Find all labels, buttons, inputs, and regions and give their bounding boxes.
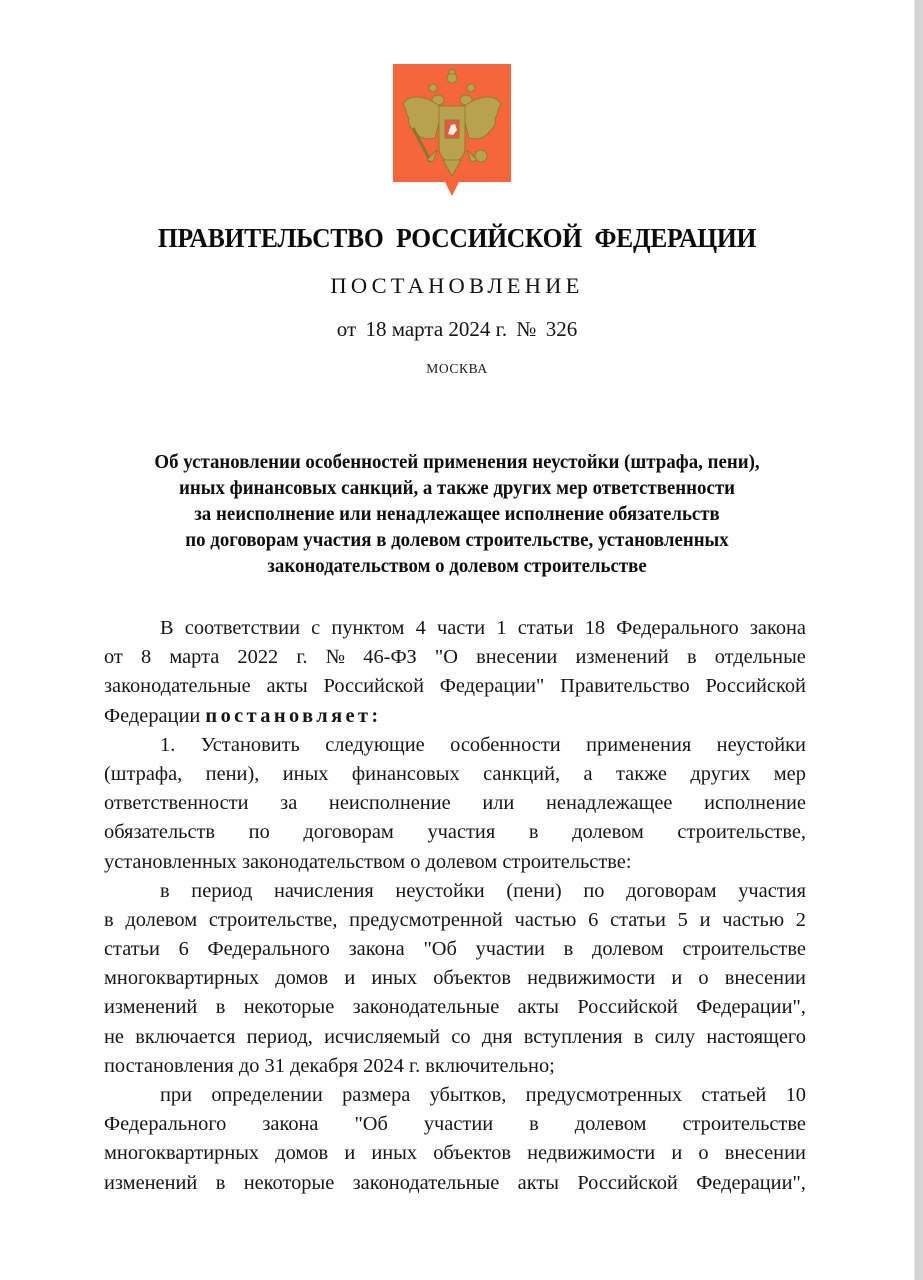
word: Правительство: [560, 672, 690, 701]
word: Федерального: [104, 1110, 226, 1139]
word: иных: [371, 964, 417, 993]
word: по: [249, 818, 270, 847]
word: 6: [179, 935, 189, 964]
word: участия: [738, 877, 806, 906]
word: недвижимости: [527, 964, 655, 993]
word: 6: [588, 906, 598, 935]
word: договорам: [303, 818, 393, 847]
preamble-line: Федерации постановляет:: [104, 702, 806, 731]
word: долевом: [125, 906, 197, 935]
subject-line: Об установлении особенностей применения …: [88, 449, 826, 475]
clause-line: обязательствподоговорамучастиявдолевомст…: [104, 818, 806, 847]
word: и: [344, 964, 355, 993]
word: изменений: [104, 993, 197, 1022]
subject-line: по договорам участия в долевом строитель…: [88, 527, 826, 553]
word: со: [451, 1023, 470, 1052]
word: (пени): [506, 877, 561, 906]
word: долевом: [572, 818, 644, 847]
word: строительстве,: [677, 818, 806, 847]
word: 46-ФЗ: [363, 643, 417, 672]
item-line: многоквартирныхдомовииныхобъектовнедвижи…: [104, 964, 806, 993]
word: В: [160, 614, 174, 643]
preamble-prefix: Федерации: [104, 702, 200, 731]
item-line: измененийвнекоторыезаконодательныеактыРо…: [104, 1169, 806, 1198]
issuing-authority: ПРАВИТЕЛЬСТВО РОССИЙСКОЙ ФЕДЕРАЦИИ: [32, 222, 882, 254]
word: при: [160, 1081, 192, 1110]
preamble-line: Всоответствииспунктом4части1статьи18Феде…: [104, 614, 806, 643]
word: 18: [585, 614, 605, 643]
word: объектов: [433, 1139, 511, 1168]
word: в: [687, 643, 697, 672]
word: применения: [586, 731, 691, 760]
word: многоквартирных: [104, 964, 259, 993]
word: дня: [482, 1023, 513, 1052]
word: части: [437, 614, 485, 643]
word: не: [104, 1023, 124, 1052]
decree-word: постановляет:: [205, 702, 381, 731]
item-line: невключаетсяпериод,исчисляемыйсоднявступ…: [104, 1023, 806, 1052]
word: недвижимости: [527, 1139, 655, 1168]
word: 2022: [237, 643, 278, 672]
word: в: [104, 906, 114, 935]
word: законодательные: [353, 993, 500, 1022]
word: Федерального: [616, 614, 738, 643]
clause-line: 1.Установитьследующиеособенностиприменен…: [104, 731, 806, 760]
word: частью: [722, 906, 784, 935]
word: предусмотренной: [349, 906, 503, 935]
item-line: статьи6Федеральногозакона"Обучастиивдоле…: [104, 935, 806, 964]
word: в: [564, 935, 574, 964]
word: и: [671, 1139, 682, 1168]
word: по: [583, 877, 604, 906]
word: участии: [476, 935, 545, 964]
word: в: [529, 818, 539, 847]
word: (штрафа,: [104, 760, 182, 789]
word: и: [671, 964, 682, 993]
word: других: [690, 760, 750, 789]
word: Российской: [705, 672, 806, 701]
clause-line: установленных законодательством о долево…: [104, 848, 806, 877]
word: статьи: [518, 614, 574, 643]
word: статьи: [104, 935, 160, 964]
word: период,: [247, 1023, 313, 1052]
preamble-line: законодательныеактыРоссийскойФедерации"П…: [104, 672, 806, 701]
word: также: [616, 760, 667, 789]
word: в: [529, 1110, 539, 1139]
word: в: [634, 1023, 644, 1052]
page-edge-scrollbar: [914, 0, 923, 1280]
document-page: ПРАВИТЕЛЬСТВО РОССИЙСКОЙ ФЕДЕРАЦИИ ПОСТА…: [0, 0, 914, 1280]
word: 1: [496, 614, 506, 643]
subject-line: иных финансовых санкций, а также других …: [88, 475, 826, 501]
document-number: 326: [546, 317, 578, 341]
word: акты: [518, 993, 559, 1022]
word: закона: [262, 1110, 318, 1139]
document-date: 18 марта 2024 г.: [365, 317, 507, 341]
word: неустойки: [717, 731, 806, 760]
word: ненадлежащее: [546, 789, 672, 818]
word: с: [311, 614, 320, 643]
word: изменений: [575, 643, 668, 672]
word: финансовых: [352, 760, 460, 789]
word: предусмотренных: [526, 1081, 682, 1110]
word: Российской: [577, 993, 678, 1022]
word: договорам: [626, 877, 716, 906]
word: некоторые: [244, 993, 335, 1022]
word: г.: [296, 643, 307, 672]
word: особенности: [450, 731, 561, 760]
clause-line: ответственностизанеисполнениеилиненадлеж…: [104, 789, 806, 818]
coat-of-arms-icon: [393, 64, 511, 196]
word: частью: [515, 906, 577, 935]
word: марта: [169, 643, 219, 672]
word: о: [698, 1139, 708, 1168]
word: размера: [342, 1081, 410, 1110]
document-subject: Об установлении особенностей применения …: [88, 449, 826, 579]
item-line: впериодначислениянеустойки(пени)подогово…: [104, 877, 806, 906]
item-line: Федеральногозакона"Обучастиивдолевомстро…: [104, 1110, 806, 1139]
word: неисполнение: [329, 789, 451, 818]
word: законодательные: [353, 1169, 500, 1198]
word: участия: [427, 818, 495, 847]
word: начисления: [274, 877, 374, 906]
word: домов: [275, 964, 328, 993]
word: закона: [349, 935, 405, 964]
word: 4: [416, 614, 426, 643]
word: изменений: [104, 1169, 197, 1198]
word: Федерального: [208, 935, 330, 964]
word: а: [584, 760, 593, 789]
document-date-number: от 18 марта 2024 г. № 326: [0, 317, 914, 342]
word: и: [344, 1139, 355, 1168]
word: акты: [266, 672, 307, 701]
word: иных: [283, 760, 329, 789]
document-city: МОСКВА: [0, 361, 914, 377]
word: законодательные: [104, 672, 251, 701]
word: от: [104, 643, 123, 672]
word: многоквартирных: [104, 1139, 259, 1168]
word: объектов: [433, 964, 511, 993]
word: исполнение: [704, 789, 806, 818]
word: внесении: [476, 643, 557, 672]
item-line: многоквартирныхдомовииныхобъектовнедвижи…: [104, 1139, 806, 1168]
document-type: ПОСТАНОВЛЕНИЕ: [0, 273, 914, 299]
word: №: [326, 643, 345, 672]
word: в: [216, 993, 226, 1022]
word: силу: [655, 1023, 695, 1052]
word: акты: [518, 1169, 559, 1198]
word: исчисляемый: [324, 1023, 440, 1052]
number-sign: №: [516, 317, 536, 341]
word: о: [698, 964, 708, 993]
word: Федерации",: [696, 1169, 806, 1198]
word: статьи: [610, 906, 666, 935]
word: вступления: [524, 1023, 623, 1052]
word: статьей: [701, 1081, 766, 1110]
word: "Об: [423, 935, 456, 964]
word: неустойки: [395, 877, 484, 906]
item-line: приопределенииразмераубытков,предусмотре…: [104, 1081, 806, 1110]
item-line: измененийвнекоторыезаконодательныеактыРо…: [104, 993, 806, 1022]
word: домов: [275, 1139, 328, 1168]
word: долевом: [592, 935, 664, 964]
word: обязательств: [104, 818, 215, 847]
word: Федерации",: [696, 993, 806, 1022]
word: "О: [435, 643, 458, 672]
word: Российской: [324, 672, 425, 701]
subject-line: законодательством о долевом строительств…: [88, 553, 826, 579]
word: определении: [211, 1081, 322, 1110]
word: включается: [135, 1023, 235, 1052]
clause-line: (штрафа,пени),иныхфинансовыхсанкций,атак…: [104, 760, 806, 789]
word: и: [700, 906, 711, 935]
word: период: [191, 877, 252, 906]
word: Установить: [201, 731, 300, 760]
word: отдельные: [715, 643, 806, 672]
item-line: вдолевомстроительстве,предусмотреннойчас…: [104, 906, 806, 935]
word: за: [280, 789, 297, 818]
word: участии: [424, 1110, 493, 1139]
document-body: Всоответствииспунктом4части1статьи18Феде…: [104, 614, 806, 1198]
word: соответствии: [185, 614, 300, 643]
word: настоящего: [706, 1023, 806, 1052]
word: закона: [750, 614, 806, 643]
word: 10: [786, 1081, 806, 1110]
word: мер: [774, 760, 806, 789]
date-prefix: от: [337, 317, 356, 341]
word: или: [482, 789, 514, 818]
word: иных: [371, 1139, 417, 1168]
word: 8: [141, 643, 151, 672]
word: Федерации": [440, 672, 545, 701]
word: 2: [796, 906, 806, 935]
word: пунктом: [331, 614, 404, 643]
word: внесении: [725, 1139, 806, 1168]
preamble-line: от8марта2022г.№46-ФЗ"Овнесенииизмененийв…: [104, 643, 806, 672]
word: долевом: [575, 1110, 647, 1139]
word: санкций,: [483, 760, 560, 789]
word: убытков,: [430, 1081, 507, 1110]
word: некоторые: [244, 1169, 335, 1198]
item-line: постановления до 31 декабря 2024 г. вклю…: [104, 1052, 806, 1081]
word: строительстве: [682, 1110, 805, 1139]
word: пени),: [206, 760, 260, 789]
word: строительстве: [682, 935, 805, 964]
subject-line: за неисполнение или ненадлежащее исполне…: [88, 501, 826, 527]
word: 5: [678, 906, 688, 935]
word: в: [160, 877, 170, 906]
word: следующие: [325, 731, 424, 760]
word: внесении: [725, 964, 806, 993]
word: строительстве,: [209, 906, 338, 935]
word: Российской: [577, 1169, 678, 1198]
word: в: [216, 1169, 226, 1198]
word: ответственности: [104, 789, 248, 818]
word: 1.: [160, 731, 175, 760]
word: "Об: [354, 1110, 387, 1139]
